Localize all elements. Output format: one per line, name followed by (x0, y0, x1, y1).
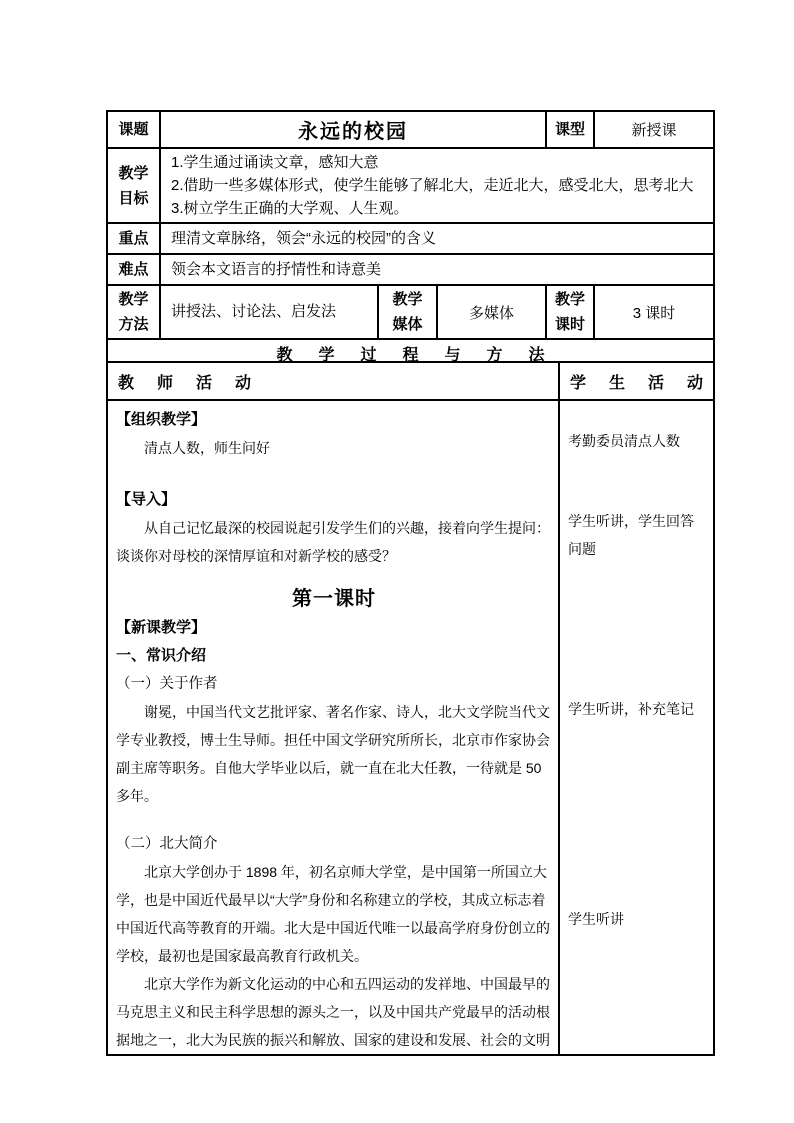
lesson-title: 永远的校园 (160, 111, 546, 148)
student-note: 学生听讲 (568, 905, 703, 933)
sub-heading: （一）关于作者 (116, 670, 552, 698)
subject-label: 课题 (107, 111, 160, 148)
section-heading: 【导入】 (116, 486, 552, 514)
goal-item: 3.树立学生正确的大学观、人生观。 (171, 197, 705, 220)
teacher-activity-cell: 【组织教学】 清点人数，师生问好 【导入】 从自己记忆最深的校园说起引发学生们的… (107, 400, 559, 1055)
paragraph: 清点人数，师生问好 (116, 434, 552, 462)
paragraph: 北京大学作为新文化运动的中心和五四运动的发祥地、中国最早的马克思主义和民主科学思… (116, 970, 552, 1054)
goals-label: 教学 目标 (107, 148, 160, 223)
student-note: 考勤委员清点人数 (568, 427, 703, 455)
difficulty-label: 难点 (107, 254, 160, 285)
section-heading: 【新课教学】 (116, 614, 552, 642)
table-row: 课题 永远的校园 课型 新授课 (107, 111, 714, 148)
lesson-type-label: 课型 (546, 111, 594, 148)
key-point-label: 重点 (107, 223, 160, 254)
period-title: 第一课时 (116, 584, 552, 614)
table-row: 重点 理清文章脉络，领会“永远的校园”的含义 (107, 223, 714, 254)
lesson-type-value: 新授课 (594, 111, 714, 148)
table-row: 难点 领会本文语言的抒情性和诗意美 (107, 254, 714, 285)
student-activity-cell: 考勤委员清点人数 学生听讲，学生回答问题 学生听讲，补充笔记 学生听讲 (559, 400, 714, 1055)
hours-label: 教学 课时 (546, 285, 594, 339)
section-heading: 【组织教学】 (116, 406, 552, 434)
student-note: 学生听讲，补充笔记 (568, 695, 703, 723)
sub-heading: （二）北大简介 (116, 830, 552, 858)
section-heading: 一、常识介绍 (116, 642, 552, 670)
table-row: 教学 方法 讲授法、讨论法、启发法 教学 媒体 多媒体 教学 课时 3 课时 (107, 285, 714, 339)
key-point-value: 理清文章脉络，领会“永远的校园”的含义 (160, 223, 714, 254)
activity-table: 教师活动 学生活动 【组织教学】 清点人数，师生问好 【导入】 从自己记忆最深的… (106, 361, 715, 1056)
teacher-activity-header: 教师活动 (107, 362, 559, 400)
goal-item: 1.学生通过诵读文章，感知大意 (171, 151, 705, 174)
table-row: 教师活动 学生活动 (107, 362, 714, 400)
paragraph: 北京大学创办于 1898 年，初名京师大学堂，是中国第一所国立大学，也是中国近代… (116, 858, 552, 970)
method-value: 讲授法、讨论法、启发法 (160, 285, 378, 339)
media-value: 多媒体 (437, 285, 546, 339)
paragraph: 从自己记忆最深的校园说起引发学生们的兴趣，接着向学生提问：谈谈你对母校的深情厚谊… (116, 514, 552, 570)
document-page: 课题 永远的校园 课型 新授课 教学 目标 1.学生通过诵读文章，感知大意 2.… (0, 0, 794, 1123)
table-row: 【组织教学】 清点人数，师生问好 【导入】 从自己记忆最深的校园说起引发学生们的… (107, 400, 714, 1055)
method-label: 教学 方法 (107, 285, 160, 339)
goals-cell: 1.学生通过诵读文章，感知大意 2.借助一些多媒体形式，使学生能够了解北大，走近… (160, 148, 714, 223)
media-label: 教学 媒体 (378, 285, 437, 339)
hours-value: 3 课时 (594, 285, 714, 339)
goal-item: 2.借助一些多媒体形式，使学生能够了解北大，走近北大，感受北大，思考北大 (171, 174, 705, 197)
student-activity-header: 学生活动 (559, 362, 714, 400)
student-note: 学生听讲，学生回答问题 (568, 507, 703, 563)
lesson-info-table: 课题 永远的校园 课型 新授课 教学 目标 1.学生通过诵读文章，感知大意 2.… (106, 110, 715, 368)
table-row: 教学 目标 1.学生通过诵读文章，感知大意 2.借助一些多媒体形式，使学生能够了… (107, 148, 714, 223)
paragraph: 谢冕，中国当代文艺批评家、著名作家、诗人，北大文学院当代文学专业教授，博士生导师… (116, 698, 552, 810)
difficulty-value: 领会本文语言的抒情性和诗意美 (160, 254, 714, 285)
